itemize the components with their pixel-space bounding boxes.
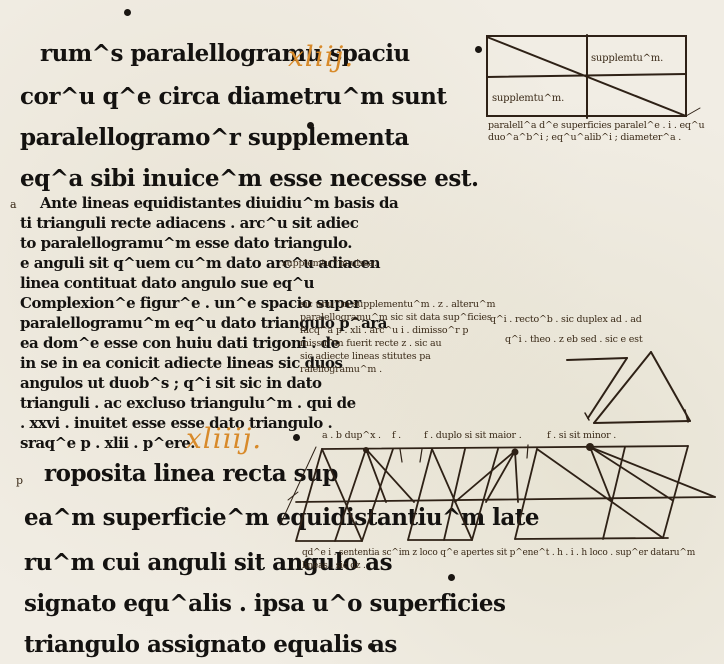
point-marker	[512, 449, 519, 456]
margin-note: supplemtu^m uissa.	[282, 258, 377, 269]
diagram-caption: qd^e i . sententia sc^im z loco q^e aper…	[302, 548, 695, 558]
diagram-label: f . si sit minor .	[547, 430, 616, 441]
point-marker	[363, 447, 369, 453]
gloss-line: missu^m fuerit recte z . sic au	[300, 338, 441, 349]
gloss-line: q^i . theo . z eb sed . sic e est	[505, 334, 642, 345]
gloss-line: sic adiecte lineas stitutes pa	[300, 351, 431, 362]
diagram-caption: duo^a^b^i ; eq^u^alib^i ; diameter^a .	[488, 132, 681, 143]
diagram-label-supplement: supplemtu^m.	[492, 93, 564, 104]
diagram-parallelogram-strip	[288, 445, 715, 541]
diagram-label: f . duplo si sit maior .	[424, 430, 522, 441]
diagram-parallelogram-supplements	[487, 35, 700, 118]
gloss-line: facq^a p . xli . arc^u i . dimisso^r p	[300, 325, 468, 336]
gloss-line: sic unu^m supplementu^m . z . alteru^m	[300, 299, 495, 310]
diagram-caption: lineas . sic dz .	[302, 561, 366, 571]
point-marker	[586, 443, 594, 451]
gloss-line: ralellogramu^m .	[300, 364, 382, 375]
diagram-label: f .	[392, 430, 401, 441]
manuscript-page: rum^s paralellogramu spaciu cor^u q^e ci…	[0, 0, 724, 664]
gloss-line: q^i . recto^b . sic duplex ad . ad	[490, 314, 642, 325]
diagram-label: a . b dup^x .	[322, 430, 381, 441]
diagram-caption: paralell^a d^e superficies paralel^e . i…	[488, 120, 704, 131]
gloss-line: paralellogramu^m sic sit data sup^ficies	[300, 312, 492, 323]
diagram-label-supplement: supplemtu^m.	[591, 53, 663, 64]
guide-line	[280, 447, 316, 525]
diagram-triangle-construction	[567, 352, 690, 423]
